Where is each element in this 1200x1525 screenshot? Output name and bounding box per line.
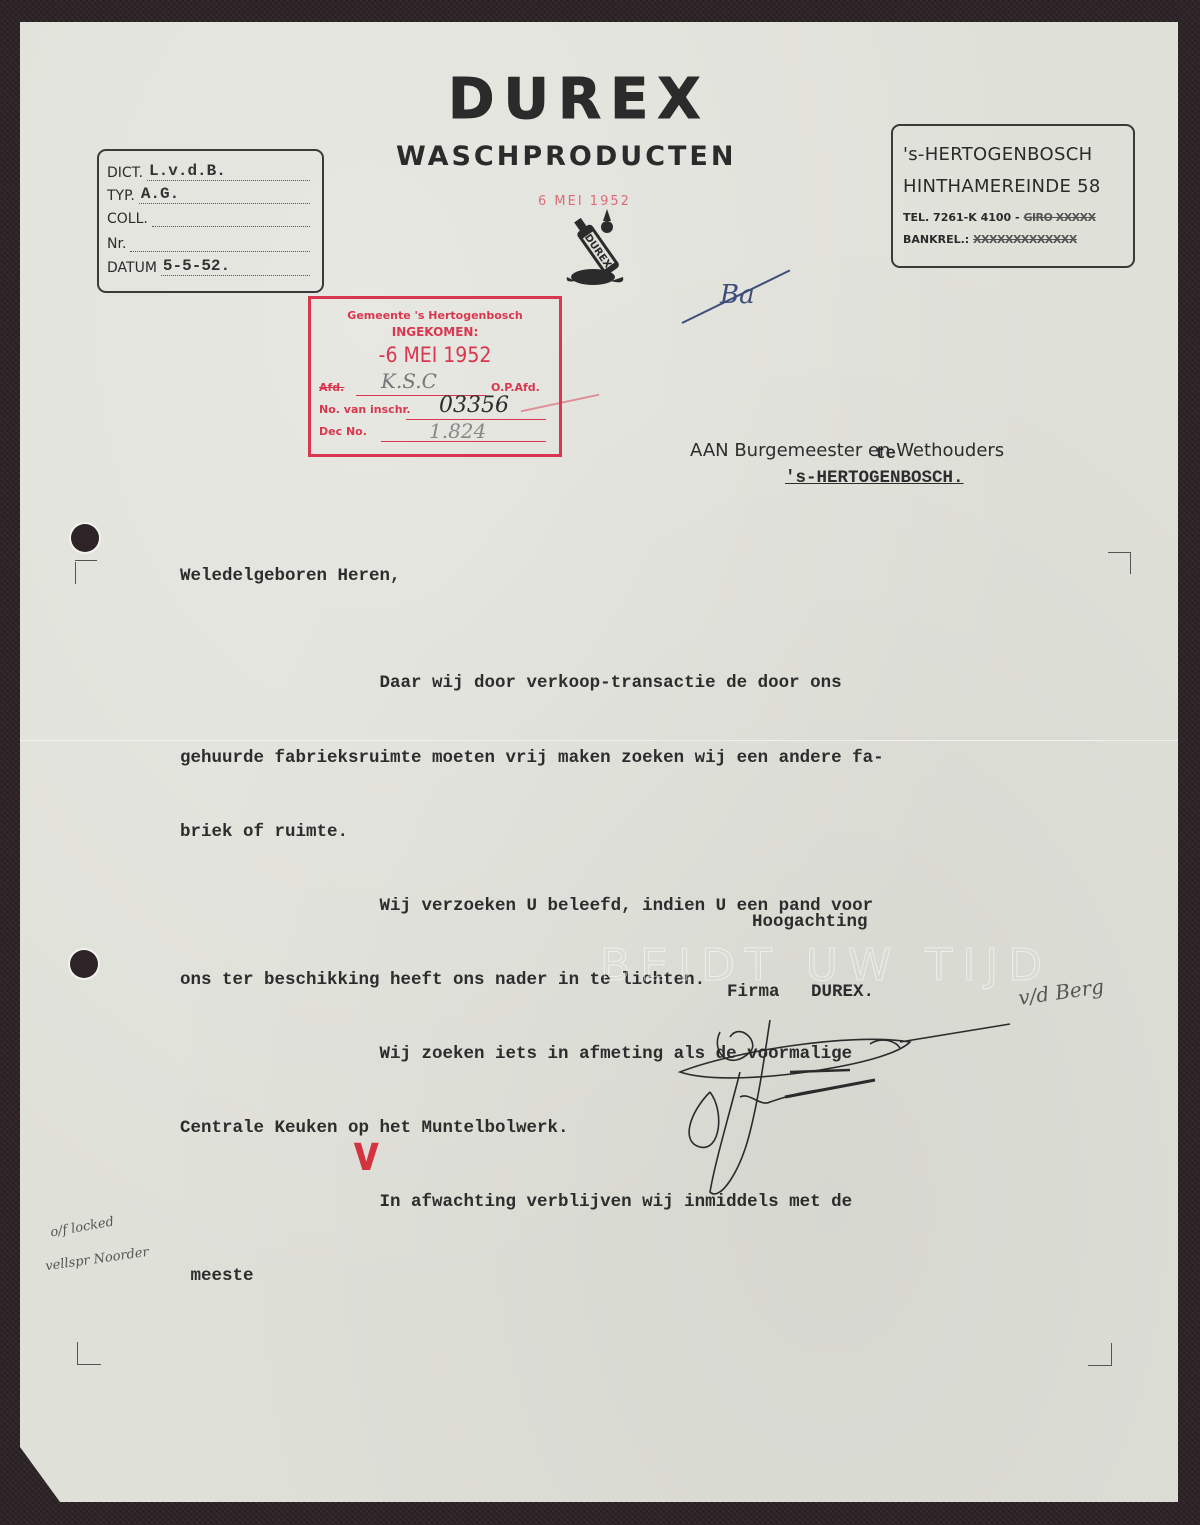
dict-value: L.v.d.B. [147, 162, 310, 181]
red-check-mark: v [353, 1124, 379, 1182]
closing-greeting: Hoogachting [752, 912, 868, 932]
recipient-city: 's-HERTOGENBOSCH. [785, 468, 964, 488]
address-bank: BANKREL.: XXXXXXXXXXXXX [903, 233, 1077, 246]
brand-name: DUREX [448, 72, 710, 128]
address-street: HINTHAMEREINDE 58 [903, 176, 1101, 197]
nr-row: Nr. [107, 232, 310, 252]
dict-row: DICT. L.v.d.B. [107, 161, 310, 181]
stamp-afd-value: K.S.C [381, 369, 437, 393]
dictation-info-box: DICT. L.v.d.B. TYP. A.G. COLL. Nr. DATUM… [97, 149, 324, 293]
corner-mark [1108, 552, 1130, 553]
datum-row: DATUM 5-5-52. [107, 256, 310, 276]
salutation: Weledelgeboren Heren, [180, 566, 401, 586]
letter-page: DUREX WASCHPRODUCTEN 6 MEI 1952 DUREX DI… [20, 22, 1178, 1502]
corner-mark [77, 1342, 78, 1364]
address-city: 's-HERTOGENBOSCH [903, 144, 1092, 165]
punch-hole [70, 950, 98, 978]
signature-icon [670, 1012, 1030, 1202]
typ-value: A.G. [139, 185, 310, 204]
address-telephone: TEL. 7261-K 4100 - GIRO XXXXX [903, 211, 1096, 224]
address-box: 's-HERTOGENBOSCH HINTHAMEREINDE 58 TEL. … [891, 124, 1135, 268]
body-line: briek of ruimte. [180, 820, 884, 845]
typ-row: TYP. A.G. [107, 184, 310, 204]
recipient-te: te [875, 444, 896, 464]
punch-hole [71, 524, 99, 552]
corner-mark [75, 562, 76, 584]
margin-note: vellspr Noorder [44, 1245, 149, 1274]
struck-giro: GIRO XXXXX [1023, 211, 1095, 224]
coll-row: COLL. [107, 207, 310, 227]
durex-logo-icon: DUREX [555, 207, 635, 287]
stamp-date: -6 MEI 1952 [311, 343, 559, 367]
struck-bank: XXXXXXXXXXXXX [973, 233, 1077, 246]
datum-value: 5-5-52. [161, 257, 310, 276]
nr-value [130, 233, 310, 252]
stamp-dec-value: 1.824 [429, 419, 486, 443]
body-line: gehuurde fabrieksruimte moeten vrij make… [180, 746, 884, 771]
brand-subtitle: WASCHPRODUCTEN [396, 141, 736, 172]
coll-value [152, 208, 310, 227]
stamp-inschr-value: 03356 [439, 393, 509, 418]
body-line: meeste [180, 1264, 884, 1289]
margin-note: o/f locked [49, 1215, 115, 1241]
blue-stroke [682, 269, 791, 323]
body-line: Daar wij door verkoop-transactie de door… [180, 671, 884, 696]
corner-mark [1111, 1343, 1112, 1365]
received-stamp: Gemeente 's Hertogenbosch INGEKOMEN: -6 … [308, 296, 562, 457]
closing-company: Firma DUREX. [727, 982, 874, 1002]
